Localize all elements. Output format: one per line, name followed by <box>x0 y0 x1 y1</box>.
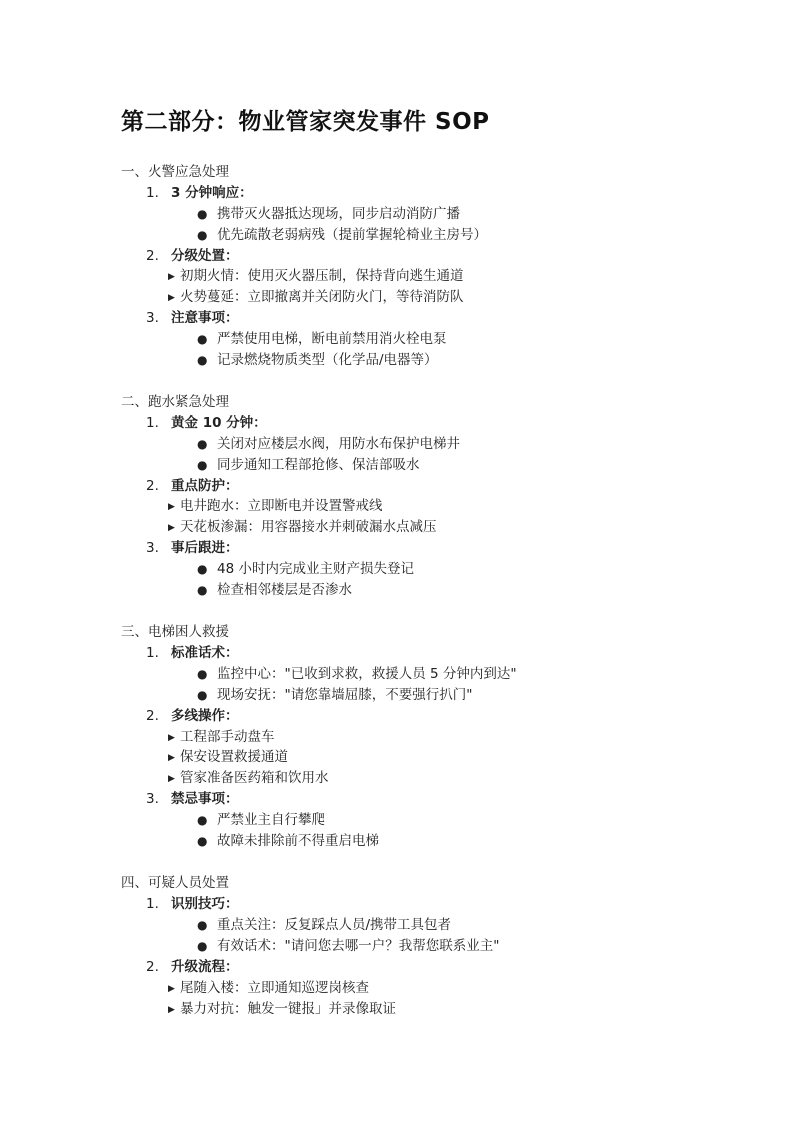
list-item: ●48 小时内完成业主财产损失登记 <box>197 559 414 579</box>
item-number: 3. <box>146 789 171 809</box>
item-number: 1. <box>146 643 171 663</box>
bullet-icon: ● <box>197 810 217 830</box>
numbered-item: 2.升级流程： <box>146 957 239 977</box>
bullet-icon: ● <box>197 350 217 370</box>
list-item: ●故障未排除前不得重启电梯 <box>197 831 379 851</box>
section-heading: 四、可疑人员处置 <box>121 873 229 893</box>
item-label: 事后跟进： <box>171 540 239 556</box>
bullet-icon: ● <box>197 831 217 851</box>
arrow-bullet-icon: ▶ <box>168 979 180 999</box>
list-item: ●现场安抚："请您靠墙屈膝，不要强行扒门" <box>197 685 472 705</box>
item-number: 1. <box>146 183 171 203</box>
item-number: 3. <box>146 538 171 558</box>
item-label: 重点防护： <box>171 478 239 494</box>
list-item: ▶尾随入楼：立即通知巡逻岗核查 <box>168 978 369 999</box>
arrow-bullet-icon: ▶ <box>168 267 180 287</box>
list-item: ●重点关注：反复踩点人员/携带工具包者 <box>197 915 451 935</box>
page-title: 第二部分：物业管家突发事件 SOP <box>121 103 489 136</box>
section-heading: 三、电梯困人救援 <box>121 622 229 642</box>
bullet-icon: ● <box>197 664 217 684</box>
bullet-icon: ● <box>197 559 217 579</box>
arrow-bullet-icon: ▶ <box>168 728 180 748</box>
numbered-item: 1.识别技巧： <box>146 894 239 914</box>
list-item: ▶保安设置救援通道 <box>168 747 288 768</box>
arrow-bullet-icon: ▶ <box>168 288 180 308</box>
list-item: ●关闭对应楼层水阀，用防水布保护电梯井 <box>197 434 460 454</box>
bullet-icon: ● <box>197 455 217 475</box>
list-item: ▶火势蔓延：立即撤离并关闭防火门，等待消防队 <box>168 287 464 308</box>
list-item: ●严禁使用电梯，断电前禁用消火栓电泵 <box>197 329 447 349</box>
numbered-item: 2.分级处置： <box>146 246 239 266</box>
item-number: 2. <box>146 957 171 977</box>
arrow-bullet-icon: ▶ <box>168 518 180 538</box>
numbered-item: 3.禁忌事项： <box>146 789 239 809</box>
item-number: 2. <box>146 706 171 726</box>
list-item: ▶暴力对抗：触发一键报」并录像取证 <box>168 999 396 1020</box>
item-number: 3. <box>146 308 171 328</box>
bullet-icon: ● <box>197 329 217 349</box>
item-label: 注意事项： <box>171 310 239 326</box>
arrow-bullet-icon: ▶ <box>168 497 180 517</box>
section-heading: 二、跑水紧急处理 <box>121 392 229 412</box>
list-item: ●严禁业主自行攀爬 <box>197 810 325 830</box>
bullet-icon: ● <box>197 225 217 245</box>
item-label: 3 分钟响应： <box>171 185 253 201</box>
item-number: 2. <box>146 246 171 266</box>
list-item: ▶初期火情：使用灭火器压制，保持背向逃生通道 <box>168 266 464 287</box>
item-number: 1. <box>146 894 171 914</box>
arrow-bullet-icon: ▶ <box>168 748 180 768</box>
list-item: ●有效话术："请问您去哪一户？我帮您联系业主" <box>197 936 499 956</box>
bullet-icon: ● <box>197 204 217 224</box>
arrow-bullet-icon: ▶ <box>168 769 180 789</box>
item-label: 升级流程： <box>171 959 239 975</box>
section-heading: 一、火警应急处理 <box>121 162 229 182</box>
numbered-item: 2.重点防护： <box>146 476 239 496</box>
item-number: 2. <box>146 476 171 496</box>
bullet-icon: ● <box>197 936 217 956</box>
numbered-item: 3.事后跟进： <box>146 538 239 558</box>
bullet-icon: ● <box>197 915 217 935</box>
numbered-item: 1.3 分钟响应： <box>146 183 253 203</box>
list-item: ▶天花板渗漏：用容器接水并刺破漏水点减压 <box>168 517 437 538</box>
numbered-item: 3.注意事项： <box>146 308 239 328</box>
list-item: ▶电井跑水：立即断电并设置警戒线 <box>168 496 383 517</box>
list-item: ▶工程部手动盘车 <box>168 727 275 748</box>
item-label: 识别技巧： <box>171 896 239 912</box>
item-label: 分级处置： <box>171 248 239 264</box>
list-item: ●检查相邻楼层是否渗水 <box>197 580 352 600</box>
numbered-item: 1.标准话术： <box>146 643 239 663</box>
document-page: 第二部分：物业管家突发事件 SOP 一、火警应急处理 1.3 分钟响应： ●携带… <box>0 0 800 1132</box>
bullet-icon: ● <box>197 580 217 600</box>
item-number: 1. <box>146 413 171 433</box>
numbered-item: 2.多线操作： <box>146 706 239 726</box>
item-label: 禁忌事项： <box>171 791 239 807</box>
numbered-item: 1.黄金 10 分钟： <box>146 413 267 433</box>
list-item: ●携带灭火器抵达现场，同步启动消防广播 <box>197 204 460 224</box>
list-item: ●监控中心："已收到求救，救援人员 5 分钟内到达" <box>197 664 517 684</box>
list-item: ▶管家准备医药箱和饮用水 <box>168 768 329 789</box>
bullet-icon: ● <box>197 685 217 705</box>
list-item: ●记录燃烧物质类型（化学品/电器等） <box>197 350 438 370</box>
arrow-bullet-icon: ▶ <box>168 1000 180 1020</box>
item-label: 黄金 10 分钟： <box>171 415 267 431</box>
bullet-icon: ● <box>197 434 217 454</box>
list-item: ●优先疏散老弱病残（提前掌握轮椅业主房号） <box>197 225 487 245</box>
item-label: 多线操作： <box>171 708 239 724</box>
item-label: 标准话术： <box>171 645 239 661</box>
list-item: ●同步通知工程部抢修、保洁部吸水 <box>197 455 420 475</box>
